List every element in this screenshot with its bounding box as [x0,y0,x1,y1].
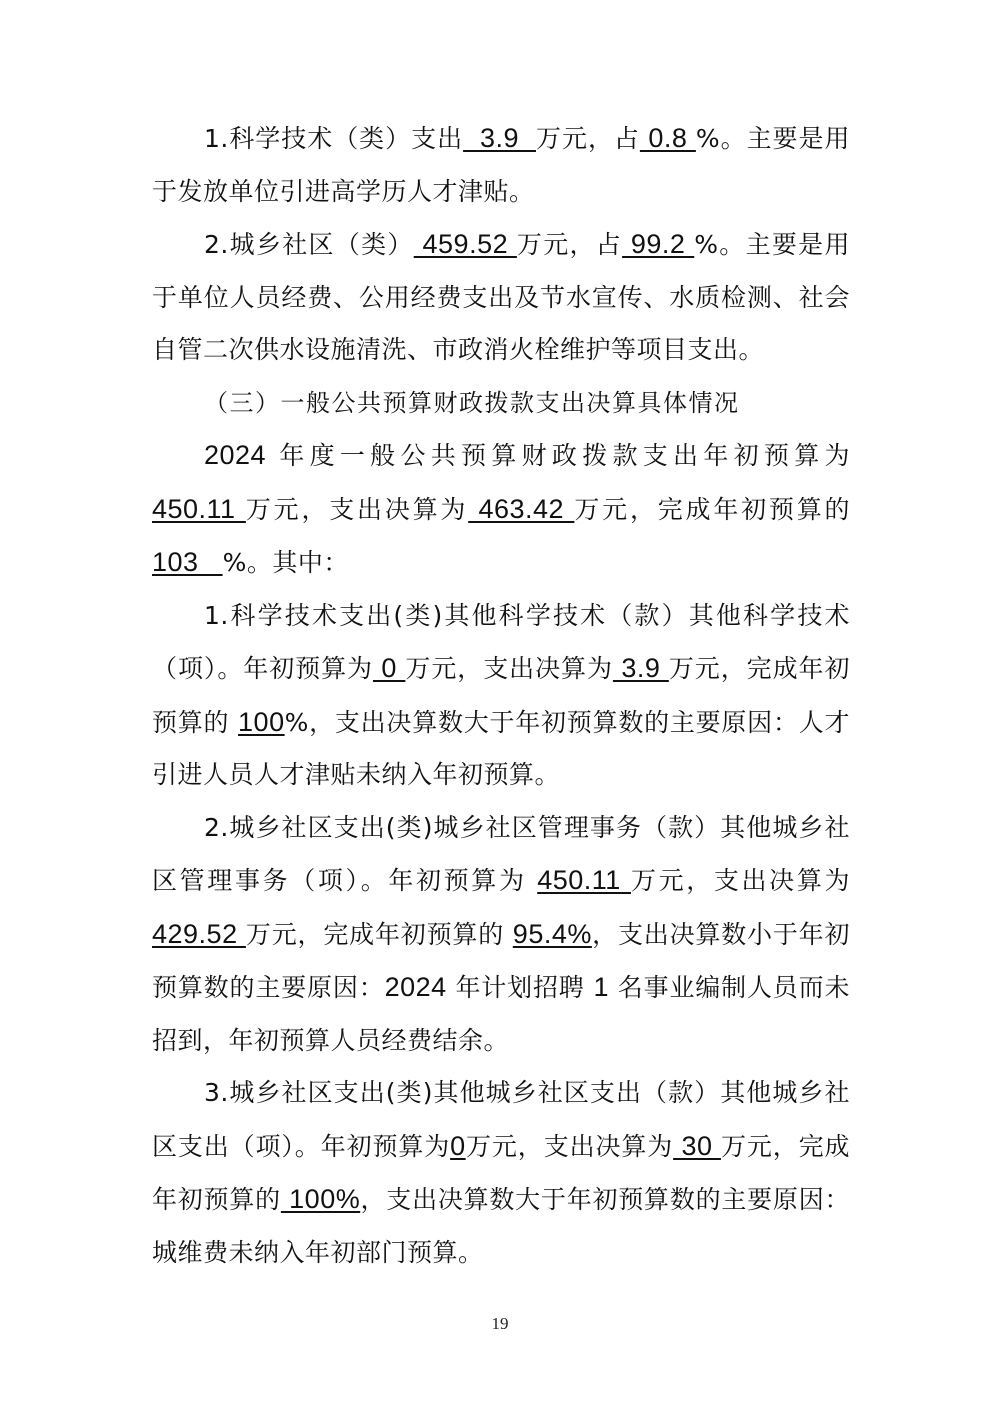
budget-underlined: 0 [450,1131,466,1161]
budget-underlined: 450.11 [537,865,631,895]
document-page-body: 1.科学技术（类）支出 3.9 万元，占 0.8 %。主要是用于发放单位引进高学… [152,112,850,1279]
text: %。其中： [223,548,349,577]
text: 万元，支出决算为 [246,495,468,524]
paragraph-item-1: 1.科学技术支出(类)其他科学技术（款）其他科学技术（项）。年初预算为 0 万元… [152,590,850,802]
paragraph-budget-summary: 2024 年度一般公共预算财政拨款支出年初预算为450.11 万元，支出决算为 … [152,429,850,590]
actual-underlined: 3.9 [613,653,669,683]
text: 万元，占 [517,230,622,259]
text: 万元，完成年初预算的 [246,920,513,949]
amount-underlined: 459.52 [414,229,517,259]
count: 1 [593,972,609,1002]
percent-underlined: 100 [238,707,285,737]
text: 万元，支出决算为 [631,866,850,895]
percent-underlined: 100% [281,1184,360,1214]
percent-underlined: 0.8 [640,123,696,153]
actual-underlined: 429.52 [152,919,246,949]
text: 万元，占 [536,124,640,153]
actual-underlined: 30 [673,1131,721,1161]
section-heading-3: （三）一般公共预算财政拨款支出决算具体情况 [152,377,850,430]
percent-underlined: 99.2 [622,229,694,259]
budget-underlined: 0 [373,653,405,683]
text: 2.城乡社区（类） [204,230,414,259]
actual-underlined: 463.42 [468,494,574,524]
text: 1.科学技术（类）支出 [204,124,463,153]
text: 万元，支出决算为 [405,654,613,683]
page-number: 19 [0,1314,1000,1334]
year: 2024 [204,440,266,470]
text: 万元，完成年初预算的 [574,495,850,524]
paragraph-item-2: 2.城乡社区支出(类)城乡社区管理事务（款）其他城乡社区管理事务（项）。年初预算… [152,802,850,1068]
paragraph-urban-rural-community: 2.城乡社区（类） 459.52 万元，占 99.2 %。主要是用于单位人员经费… [152,218,850,377]
percent-underlined: 103 [152,547,223,577]
year: 2024 [385,972,447,1002]
paragraph-science-tech-expenditure: 1.科学技术（类）支出 3.9 万元，占 0.8 %。主要是用于发放单位引进高学… [152,112,850,218]
budget-underlined: 450.11 [152,494,246,524]
text: 年计划招聘 [447,973,594,1002]
paragraph-item-3: 3.城乡社区支出(类)其他城乡社区支出（款）其他城乡社区支出（项）。年初预算为0… [152,1067,850,1279]
percent-underlined: 95.4% [513,919,592,949]
text: 年度一般公共预算财政拨款支出年初预算为 [266,441,850,470]
text: 万元，支出决算为 [466,1132,673,1161]
amount-underlined: 3.9 [463,123,536,153]
